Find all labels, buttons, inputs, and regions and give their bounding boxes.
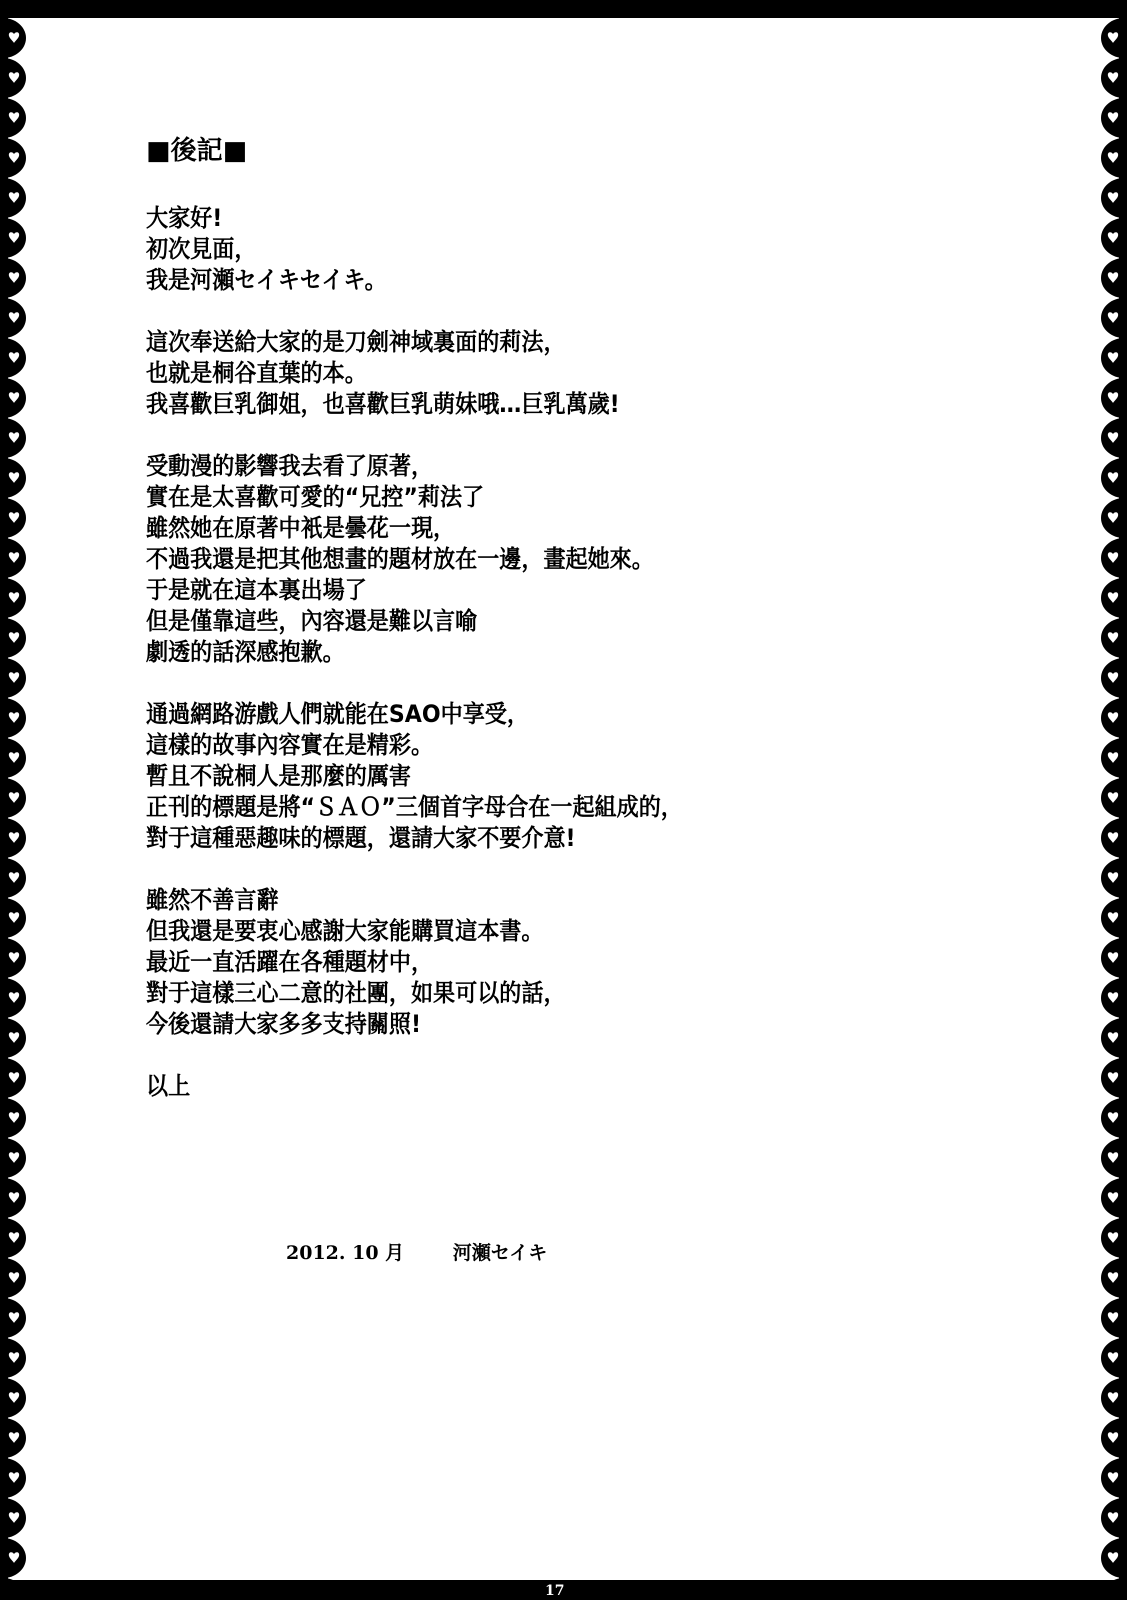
left-lace-decoration	[4, 18, 28, 1580]
text-line: 通過網路游戲人們就能在SAO中享受，	[146, 699, 882, 730]
top-border	[0, 0, 1127, 18]
paragraph-intro: 這次奉送給大家的是刀劍神域裏面的莉法， 也就是桐谷直葉的本。 我喜歡巨乳御姐，也…	[146, 327, 946, 420]
signature-date: 2012. 10 月	[286, 1240, 404, 1266]
signature: 2012. 10 月 河瀬セイキ	[286, 1240, 547, 1266]
text-line: 正刊的標題是將“ＳＡＯ”三個首字母合在一起組成的，	[146, 792, 882, 823]
text-line: 但我還是要衷心感謝大家能購買這本書。	[146, 916, 882, 947]
text-line: 今後還請大家多多支持關照!	[146, 1009, 882, 1040]
paragraph-greeting: 大家好! 初次見面， 我是河瀬セイキセイキ。	[146, 203, 946, 296]
text-line: 于是就在這本裏出場了	[146, 575, 882, 606]
text-line: 我是河瀬セイキセイキ。	[146, 265, 882, 296]
text-line: 雖然她在原著中衹是曇花一現，	[146, 513, 882, 544]
text-line: 但是僅靠這些，內容還是難以言喻	[146, 606, 882, 637]
afterword-body: ■後記■ 大家好! 初次見面， 我是河瀬セイキセイキ。 這次奉送給大家的是刀劍神…	[146, 134, 946, 1102]
text-line: 雖然不善言辭	[146, 885, 882, 916]
text-line: 初次見面，	[146, 234, 882, 265]
text-line: 劇透的話深感抱歉。	[146, 637, 882, 668]
text-line: 最近一直活躍在各種題材中，	[146, 947, 882, 978]
right-lace-decoration	[1099, 18, 1123, 1580]
text-line: 不過我還是把其他想畫的題材放在一邊，畫起她來。	[146, 544, 882, 575]
text-line: 也就是桐谷直葉的本。	[146, 358, 882, 389]
paragraph-motivation: 受動漫的影響我去看了原著， 實在是太喜歡可愛的“兄控”莉法了 雖然她在原著中衹是…	[146, 451, 946, 668]
text-line: 我喜歡巨乳御姐，也喜歡巨乳萌妹哦…巨乳萬歲!	[146, 389, 882, 420]
page-title: ■後記■	[146, 134, 946, 168]
text-line: 這次奉送給大家的是刀劍神域裏面的莉法，	[146, 327, 882, 358]
signature-author: 河瀬セイキ	[453, 1240, 547, 1266]
text-line: 暫且不說桐人是那麼的厲害	[146, 761, 882, 792]
text-line: 實在是太喜歡可愛的“兄控”莉法了	[146, 482, 882, 513]
text-line: 對于這樣三心二意的社團，如果可以的話，	[146, 978, 882, 1009]
paragraph-closing: 以上	[146, 1071, 946, 1102]
paragraph-sao: 通過網路游戲人們就能在SAO中享受， 這樣的故事內容實在是精彩。 暫且不說桐人是…	[146, 699, 946, 854]
text-line: 對于這種惡趣味的標題，還請大家不要介意!	[146, 823, 882, 854]
page-number: 17	[545, 1580, 564, 1600]
text-line: 以上	[146, 1071, 882, 1102]
text-line: 受動漫的影響我去看了原著，	[146, 451, 882, 482]
text-line: 這樣的故事內容實在是精彩。	[146, 730, 882, 761]
text-line: 大家好!	[146, 203, 882, 234]
paragraph-thanks: 雖然不善言辭 但我還是要衷心感謝大家能購買這本書。 最近一直活躍在各種題材中， …	[146, 885, 946, 1040]
